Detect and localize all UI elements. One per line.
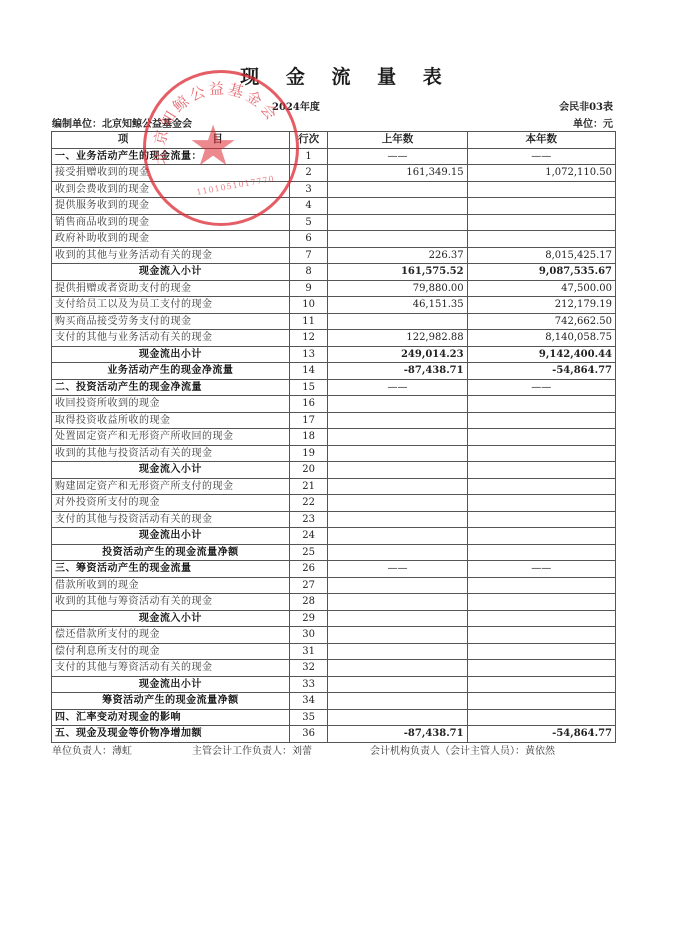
table-row: 现金流入小计29 [52, 610, 616, 627]
row-item-label: 支付给员工以及为员工支付的现金 [52, 297, 290, 314]
prior-year-value: 79,880.00 [328, 280, 467, 297]
row-number: 22 [289, 495, 328, 512]
table-row: 现金流入小计8161,575.529,087,535.67 [52, 264, 616, 281]
row-item-label: 现金流出小计 [52, 346, 290, 363]
header-item: 项 目 [52, 132, 290, 149]
row-item-label: 现金流出小计 [52, 528, 290, 545]
current-year-value [467, 676, 615, 693]
row-number: 29 [289, 610, 328, 627]
row-item-label: 支付的其他与投资活动有关的现金 [52, 511, 290, 528]
row-item-label: 四、汇率变动对现金的影响 [52, 709, 290, 726]
current-year-value [467, 198, 615, 215]
prior-year-value [328, 462, 467, 479]
row-number: 8 [289, 264, 328, 281]
current-year-value: 212,179.19 [467, 297, 615, 314]
row-item-label: 五、现金及现金等价物净增加额 [52, 726, 290, 743]
row-number: 2 [289, 165, 328, 182]
table-row: 筹资活动产生的现金流量净额34 [52, 693, 616, 710]
current-year-value: 1,072,110.50 [467, 165, 615, 182]
current-year-value: 9,142,400.44 [467, 346, 615, 363]
row-item-label: 收到会费收到的现金 [52, 181, 290, 198]
row-item-label: 业务活动产生的现金净流量 [52, 363, 290, 380]
row-item-label: 偿付利息所支付的现金 [52, 643, 290, 660]
row-item-label: 购建固定资产和无形资产所支付的现金 [52, 478, 290, 495]
prior-year-value: -87,438.71 [328, 363, 467, 380]
row-number: 33 [289, 676, 328, 693]
current-year-value [467, 462, 615, 479]
row-item-label: 投资活动产生的现金流量净额 [52, 544, 290, 561]
row-item-label: 取得投资收益所收的现金 [52, 412, 290, 429]
table-row: 借款所收到的现金27 [52, 577, 616, 594]
current-year-value: —— [467, 148, 615, 165]
row-number: 14 [289, 363, 328, 380]
row-number: 35 [289, 709, 328, 726]
prior-year-value: -87,438.71 [328, 726, 467, 743]
table-row: 收到的其他与筹资活动有关的现金28 [52, 594, 616, 611]
prior-year-value [328, 610, 467, 627]
prior-year-value [328, 313, 467, 330]
row-item-label: 现金流入小计 [52, 610, 290, 627]
current-year-value [467, 214, 615, 231]
prior-year-value [328, 198, 467, 215]
row-number: 23 [289, 511, 328, 528]
table-row: 业务活动产生的现金净流量14-87,438.71-54,864.77 [52, 363, 616, 380]
current-year-value: 9,087,535.67 [467, 264, 615, 281]
current-year-value [467, 660, 615, 677]
table-row: 支付的其他与业务活动有关的现金12122,982.888,140,058.75 [52, 330, 616, 347]
row-number: 20 [289, 462, 328, 479]
prior-year-value: 46,151.35 [328, 297, 467, 314]
row-item-label: 现金流入小计 [52, 264, 290, 281]
prior-year-value [328, 660, 467, 677]
row-item-label: 偿还借款所支付的现金 [52, 627, 290, 644]
row-number: 36 [289, 726, 328, 743]
current-year-value [467, 511, 615, 528]
current-year-value [467, 445, 615, 462]
row-number: 30 [289, 627, 328, 644]
row-item-label: 销售商品收到的现金 [52, 214, 290, 231]
current-year-value [467, 412, 615, 429]
prior-year-value [328, 429, 467, 446]
table-row: 收回投资所收到的现金16 [52, 396, 616, 413]
table-row: 现金流出小计24 [52, 528, 616, 545]
row-item-label: 收到的其他与业务活动有关的现金 [52, 247, 290, 264]
prior-year-value [328, 478, 467, 495]
row-number: 32 [289, 660, 328, 677]
prior-year-value: 249,014.23 [328, 346, 467, 363]
table-header-row: 项 目 行次 上年数 本年数 [52, 132, 616, 149]
current-year-value [467, 396, 615, 413]
row-number: 24 [289, 528, 328, 545]
current-year-value [467, 594, 615, 611]
prior-year-value [328, 412, 467, 429]
prior-year-value [328, 627, 467, 644]
prior-year-value [328, 181, 467, 198]
header-current-year: 本年数 [467, 132, 615, 149]
row-number: 9 [289, 280, 328, 297]
row-item-label: 一、业务活动产生的现金流量： [52, 148, 290, 165]
report-year: 2024年度 [272, 98, 320, 113]
prior-year-value [328, 594, 467, 611]
row-number: 13 [289, 346, 328, 363]
prior-year-value: 122,982.88 [328, 330, 467, 347]
table-row: 收到的其他与业务活动有关的现金7226.378,015,425.17 [52, 247, 616, 264]
current-year-value [467, 693, 615, 710]
row-number: 19 [289, 445, 328, 462]
row-number: 18 [289, 429, 328, 446]
row-number: 11 [289, 313, 328, 330]
row-number: 12 [289, 330, 328, 347]
current-year-value: 742,662.50 [467, 313, 615, 330]
table-row: 提供服务收到的现金4 [52, 198, 616, 215]
row-item-label: 提供服务收到的现金 [52, 198, 290, 215]
row-number: 26 [289, 561, 328, 578]
row-number: 6 [289, 231, 328, 248]
table-row: 二、投资活动产生的现金净流量15———— [52, 379, 616, 396]
table-row: 现金流出小计13249,014.239,142,400.44 [52, 346, 616, 363]
row-number: 27 [289, 577, 328, 594]
row-number: 34 [289, 693, 328, 710]
table-row: 处置固定资产和无形资产所收回的现金18 [52, 429, 616, 446]
accounting-head-signature: 主管会计工作负责人：刘蕾 [192, 742, 312, 757]
current-year-value: -54,864.77 [467, 363, 615, 380]
row-item-label: 筹资活动产生的现金流量净额 [52, 693, 290, 710]
prior-year-value: 226.37 [328, 247, 467, 264]
table-row: 接受捐赠收到的现金2161,349.151,072,110.50 [52, 165, 616, 182]
row-number: 10 [289, 297, 328, 314]
row-number: 5 [289, 214, 328, 231]
row-item-label: 处置固定资产和无形资产所收回的现金 [52, 429, 290, 446]
table-row: 支付的其他与筹资活动有关的现金32 [52, 660, 616, 677]
row-item-label: 二、投资活动产生的现金净流量 [52, 379, 290, 396]
row-item-label: 收回投资所收到的现金 [52, 396, 290, 413]
row-number: 15 [289, 379, 328, 396]
cash-flow-table: 项 目 行次 上年数 本年数 一、业务活动产生的现金流量：1————接受捐赠收到… [51, 131, 616, 743]
row-item-label: 现金流入小计 [52, 462, 290, 479]
prior-year-value [328, 577, 467, 594]
row-number: 3 [289, 181, 328, 198]
table-row: 支付给员工以及为员工支付的现金1046,151.35212,179.19 [52, 297, 616, 314]
table-row: 现金流出小计33 [52, 676, 616, 693]
current-year-value [467, 610, 615, 627]
table-row: 收到会费收到的现金3 [52, 181, 616, 198]
table-row: 现金流入小计20 [52, 462, 616, 479]
prior-year-value: 161,349.15 [328, 165, 467, 182]
table-row: 偿还借款所支付的现金30 [52, 627, 616, 644]
header-row-no: 行次 [289, 132, 328, 149]
table-row: 支付的其他与投资活动有关的现金23 [52, 511, 616, 528]
table-row: 对外投资所支付的现金22 [52, 495, 616, 512]
row-item-label: 政府补助收到的现金 [52, 231, 290, 248]
row-number: 25 [289, 544, 328, 561]
prior-year-value [328, 544, 467, 561]
unit-head-signature: 单位负责人：薄虹 [52, 742, 132, 757]
accounting-dept-head-signature: 会计机构负责人（会计主管人员）：黄依然 [370, 742, 555, 757]
prior-year-value [328, 693, 467, 710]
prior-year-value [328, 676, 467, 693]
row-number: 4 [289, 198, 328, 215]
table-row: 政府补助收到的现金6 [52, 231, 616, 248]
row-number: 28 [289, 594, 328, 611]
prior-year-value: —— [328, 561, 467, 578]
current-year-value [467, 528, 615, 545]
row-item-label: 支付的其他与筹资活动有关的现金 [52, 660, 290, 677]
prior-year-value [328, 528, 467, 545]
row-item-label: 收到的其他与筹资活动有关的现金 [52, 594, 290, 611]
table-row: 三、筹资活动产生的现金流量26———— [52, 561, 616, 578]
current-year-value [467, 627, 615, 644]
current-year-value [467, 643, 615, 660]
row-item-label: 提供捐赠或者资助支付的现金 [52, 280, 290, 297]
current-year-value: 8,015,425.17 [467, 247, 615, 264]
current-year-value [467, 544, 615, 561]
table-row: 五、现金及现金等价物净增加额36-87,438.71-54,864.77 [52, 726, 616, 743]
table-row: 购买商品接受劳务支付的现金11742,662.50 [52, 313, 616, 330]
current-year-value [467, 577, 615, 594]
row-item-label: 收到的其他与投资活动有关的现金 [52, 445, 290, 462]
row-number: 16 [289, 396, 328, 413]
header-prior-year: 上年数 [328, 132, 467, 149]
row-item-label: 支付的其他与业务活动有关的现金 [52, 330, 290, 347]
table-row: 销售商品收到的现金5 [52, 214, 616, 231]
row-number: 1 [289, 148, 328, 165]
current-year-value: 8,140,058.75 [467, 330, 615, 347]
row-number: 31 [289, 643, 328, 660]
row-item-label: 三、筹资活动产生的现金流量 [52, 561, 290, 578]
prior-year-value [328, 214, 467, 231]
preparing-organization: 编制单位：北京知鲸公益基金会 [52, 115, 192, 130]
prior-year-value: —— [328, 379, 467, 396]
document-title: 现 金 流 量 表 [0, 62, 692, 89]
table-row: 提供捐赠或者资助支付的现金979,880.0047,500.00 [52, 280, 616, 297]
row-number: 17 [289, 412, 328, 429]
current-year-value [467, 495, 615, 512]
current-year-value [467, 429, 615, 446]
table-row: 四、汇率变动对现金的影响35 [52, 709, 616, 726]
row-item-label: 现金流出小计 [52, 676, 290, 693]
prior-year-value [328, 643, 467, 660]
prior-year-value [328, 511, 467, 528]
table-row: 取得投资收益所收的现金17 [52, 412, 616, 429]
current-year-value: —— [467, 561, 615, 578]
row-item-label: 借款所收到的现金 [52, 577, 290, 594]
prior-year-value [328, 396, 467, 413]
table-row: 收到的其他与投资活动有关的现金19 [52, 445, 616, 462]
table-row: 购建固定资产和无形资产所支付的现金21 [52, 478, 616, 495]
current-year-value: —— [467, 379, 615, 396]
prior-year-value [328, 231, 467, 248]
table-body: 一、业务活动产生的现金流量：1————接受捐赠收到的现金2161,349.151… [52, 148, 616, 742]
table-row: 一、业务活动产生的现金流量：1———— [52, 148, 616, 165]
current-year-value [467, 478, 615, 495]
form-number: 会民非03表 [559, 98, 613, 113]
currency-unit: 单位：元 [573, 115, 613, 130]
row-item-label: 接受捐赠收到的现金 [52, 165, 290, 182]
prior-year-value [328, 495, 467, 512]
current-year-value [467, 709, 615, 726]
table-row: 投资活动产生的现金流量净额25 [52, 544, 616, 561]
row-number: 21 [289, 478, 328, 495]
prior-year-value: —— [328, 148, 467, 165]
current-year-value: 47,500.00 [467, 280, 615, 297]
current-year-value: -54,864.77 [467, 726, 615, 743]
row-number: 7 [289, 247, 328, 264]
prior-year-value: 161,575.52 [328, 264, 467, 281]
prior-year-value [328, 445, 467, 462]
row-item-label: 购买商品接受劳务支付的现金 [52, 313, 290, 330]
current-year-value [467, 181, 615, 198]
row-item-label: 对外投资所支付的现金 [52, 495, 290, 512]
table-row: 偿付利息所支付的现金31 [52, 643, 616, 660]
prior-year-value [328, 709, 467, 726]
current-year-value [467, 231, 615, 248]
